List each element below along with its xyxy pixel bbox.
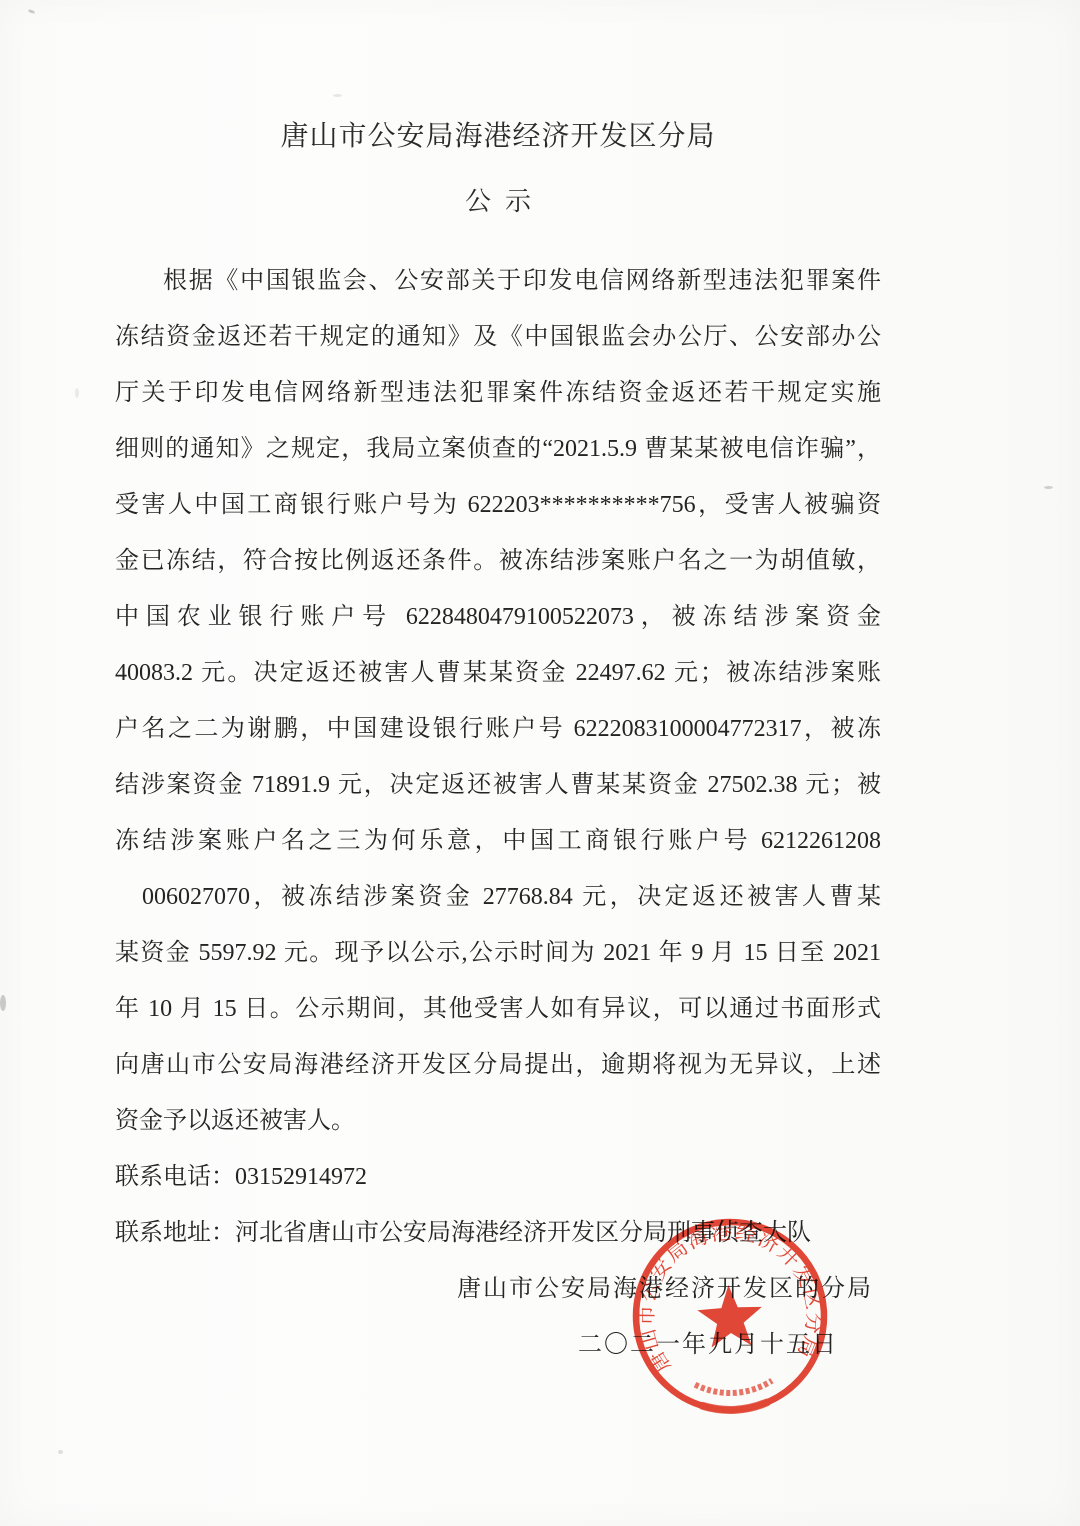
body-line: 受害人中国工商银行账户号为 622203**********756，受害人被骗资 [115,477,881,533]
scan-noise-speck [0,995,6,1011]
body-line: 户名之二为谢鹏，中国建设银行账户号 6222083100004772317，被冻 [115,701,881,757]
body-line: 40083.2 元。决定返还被害人曹某某资金 22497.62 元；被冻结涉案账 [115,645,881,701]
body-line: 结涉案资金 71891.9 元，决定返还被害人曹某某资金 27502.38 元；… [115,757,881,813]
body-line: 某资金 5597.92 元。现予以公示,公示时间为 2021 年 9 月 15 … [115,925,881,981]
body-line: 年 10 月 15 日。公示期间，其他受害人如有异议，可以通过书面形式 [115,981,881,1037]
contact-address: 联系地址：河北省唐山市公安局海港经济开发区分局刑事侦查大队 [115,1205,881,1261]
notice-body: 根据《中国银监会、公安部关于印发电信网络新型违法犯罪案件 冻结资金返还若干规定的… [115,253,881,1373]
body-line: 向唐山市公安局海港经济开发区分局提出，逾期将视为无异议，上述 [115,1037,881,1093]
scan-noise-speck [58,1450,63,1454]
body-line: 细则的通知》之规定，我局立案侦查的“2021.5.9 曹某某被电信诈骗”， [115,421,881,477]
contact-phone: 联系电话：03152914972 [115,1149,881,1205]
body-line: 中国农业银行账户号 6228480479100522073，被冻结涉案资金 [115,589,881,645]
body-line: 冻结资金返还若干规定的通知》及《中国银监会办公厅、公安部办公 [115,309,881,365]
body-line: 资金予以返还被害人。 [115,1093,881,1149]
seal-bottom-smudge [695,1381,772,1395]
issue-date: 二〇二一年九月十五日 [115,1317,881,1373]
notice-document: 唐山市公安局海港经济开发区分局 公示 根据《中国银监会、公安部关于印发电信网络新… [115,119,881,1373]
body-line: 金已冻结，符合按比例返还条件。被冻结涉案账户名之一为胡值敏， [115,533,881,589]
scan-noise-speck [75,388,79,398]
page-title: 唐山市公安局海港经济开发区分局 [115,119,881,155]
body-line: 根据《中国银监会、公安部关于印发电信网络新型违法犯罪案件 [115,253,881,309]
scan-noise-speck [333,94,342,97]
body-line: 厅关于印发电信网络新型违法犯罪案件冻结资金返还若干规定实施 [115,365,881,421]
scanned-notice-page: 唐山市公安局海港经济开发区分局 公示 根据《中国银监会、公安部关于印发电信网络新… [0,0,1080,1526]
body-line: 冻结涉案账户名之三为何乐意，中国工商银行账户号 6212261208 [115,813,881,869]
notice-subtitle: 公示 [115,184,881,220]
body-line: 006027070，被冻结涉案资金 27768.84 元，决定返还被害人曹某 [115,869,881,925]
scan-noise-speck [28,9,36,14]
scan-noise-speck [1044,486,1053,489]
issuer-signature: 唐山市公安局海港经济开发区的分局 [115,1261,881,1317]
seal-rim-smudge [703,1402,767,1411]
